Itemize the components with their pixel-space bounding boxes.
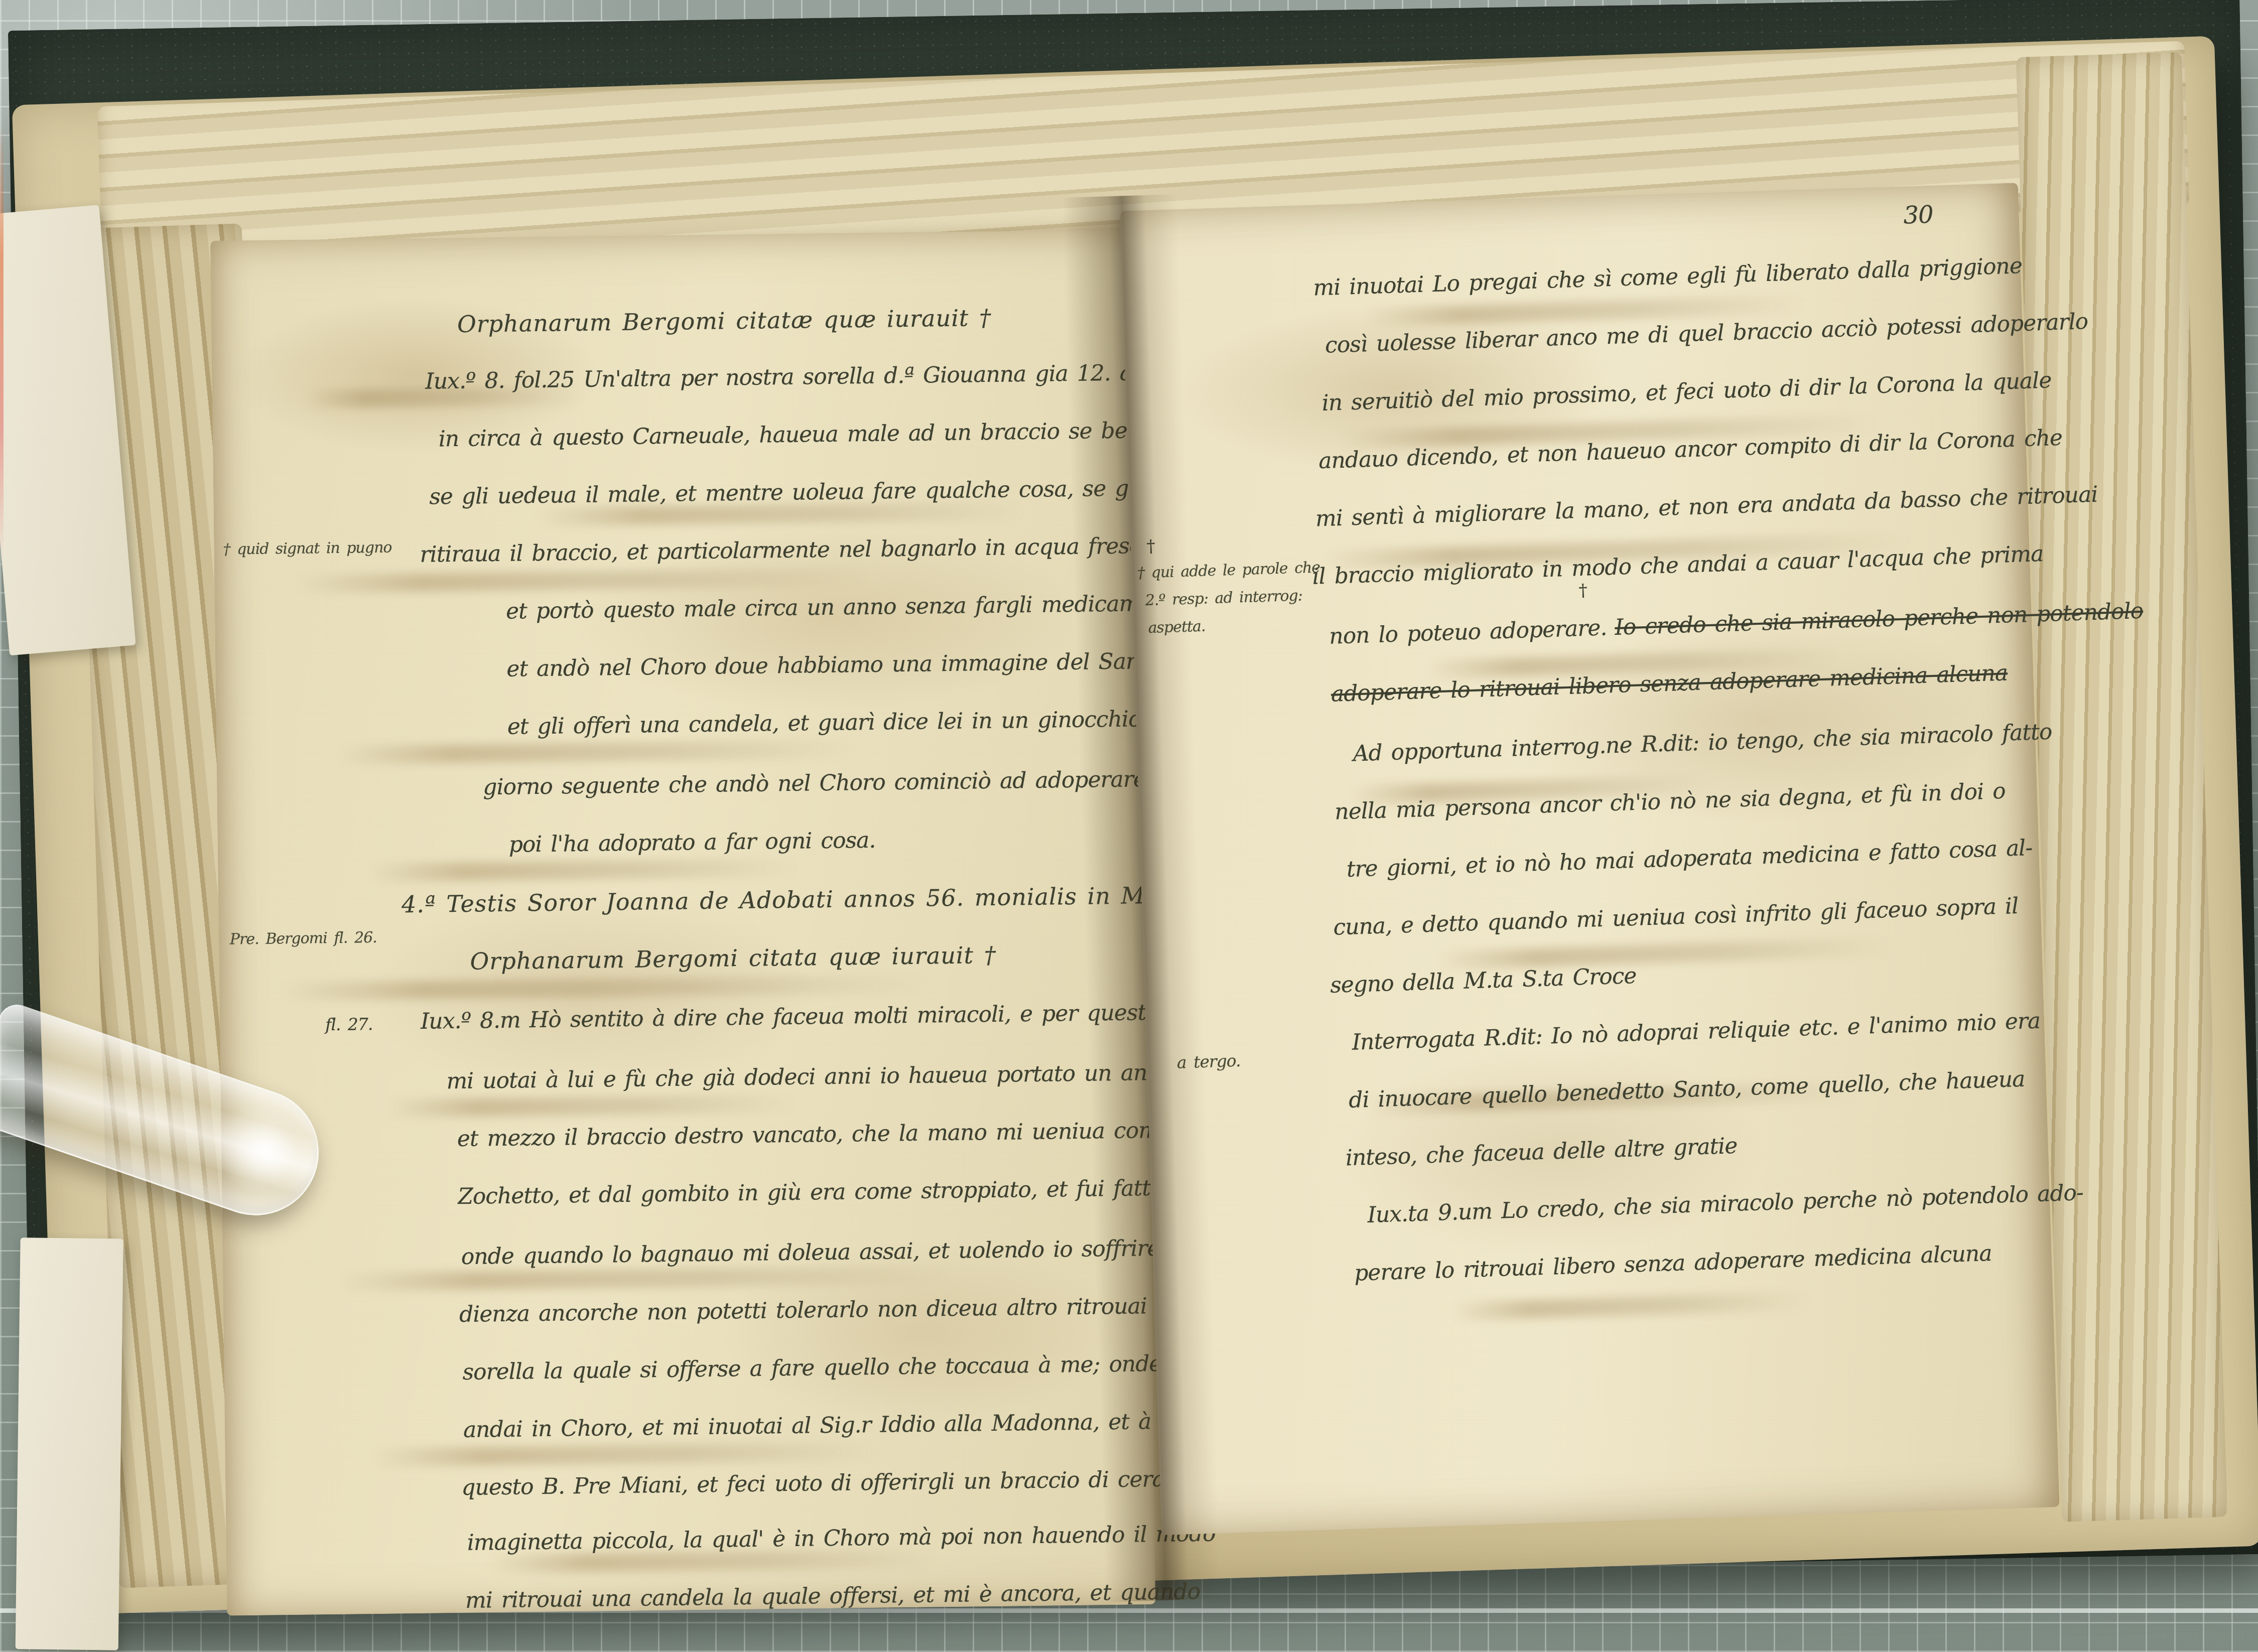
text-line: sorella la quale si offerse a fare quell… <box>462 1350 1190 1385</box>
text-line: in circa à questo Carneuale, haueua male… <box>439 417 1203 452</box>
text-line: Interrogata R.dit: Io nò adoprai reliqui… <box>1352 1008 2041 1055</box>
text-line: mi inuotai Lo pregai che sì come egli fù… <box>1313 253 2023 301</box>
text-line: tre giorni, et io nò ho mai adoperata me… <box>1346 835 2033 882</box>
text-line: Iux.º 8.m Hò sentito à dire che faceua m… <box>421 999 1187 1034</box>
text-line: se gli uedeua il male, et mentre uoleua … <box>429 475 1142 509</box>
text-line: et mezzo il braccio destro vancato, che … <box>457 1117 1208 1152</box>
folio-note: fl. 27. <box>325 1014 373 1034</box>
left-page: Orphanarum Bergomi citatæ quæ iurauit † … <box>210 229 1155 1615</box>
text-line: onde quando lo bagnauo mi doleua assai, … <box>461 1234 1227 1270</box>
bleedthrough-smudge <box>337 740 859 764</box>
cancelled-text-line: non lo poteuo adoperare.Io credo che sia… <box>1329 598 2144 649</box>
loose-sheet <box>16 1237 123 1650</box>
insertion-caret-icon: † <box>1578 581 1587 601</box>
text-line: et gli offerì una candela, et guarì dice… <box>507 706 1185 739</box>
witness-heading: 4.ª Testis Soror Joanna de Adobati annos… <box>402 880 1260 918</box>
text-line: di inuocare quello benedetto Santo, come… <box>1349 1066 2026 1113</box>
bleedthrough-smudge <box>1434 937 1897 970</box>
text-line: andai in Choro, et mi inuotai al Sig.r I… <box>463 1409 1151 1443</box>
margin-note: † qui adde le parole che <box>1137 559 1320 582</box>
text-line: dienza ancorche non potetti tolerarlo no… <box>459 1292 1238 1327</box>
text-line: poi l'ha adoprato a far ogni cosa. <box>508 828 875 858</box>
margin-note: Pre. Bergomi fl. 26. <box>230 929 377 948</box>
text-line: questo B. Pre Miani, et feci uoto di off… <box>461 1465 1249 1500</box>
bleedthrough-smudge <box>338 1266 951 1291</box>
text-line: Ad opportuna interrog.ne R.dit: io tengo… <box>1353 719 2052 767</box>
right-page: 30 mi inuotai Lo pregai che sì come egli… <box>1120 183 2060 1535</box>
text-line: Iux.º 8. fol.25 Un'altra per nostra sore… <box>425 360 1166 394</box>
text-line: mi sentì à migliorare la mano, et non er… <box>1315 482 2098 532</box>
text-line: imaginetta piccola, la qual' è in Choro … <box>467 1521 1215 1556</box>
manuscript-book: Orphanarum Bergomi citatæ quæ iurauit † … <box>12 36 2258 1615</box>
insertion-caret-icon: † <box>1146 536 1155 557</box>
text-line: segno della M.ta S.ta Croce <box>1330 963 1637 998</box>
bleedthrough-smudge <box>280 975 932 1001</box>
latin-heading: Orphanarum Bergomi citatæ quæ iurauit † <box>457 304 992 338</box>
text-line: mi uotai à lui e fù che già dodeci anni … <box>446 1060 1173 1094</box>
text-line: perare lo ritrouai libero senza adoperar… <box>1354 1241 1992 1286</box>
text-line: Iux.ta 9.um Lo credo, che sia miracolo p… <box>1367 1180 2084 1228</box>
margin-note: † quid signat in pugno <box>223 539 391 559</box>
bleedthrough-smudge <box>368 859 800 882</box>
text-line: ritiraua il braccio, et particolarmente … <box>420 533 1154 568</box>
bleedthrough-smudge <box>370 1442 882 1466</box>
text-line: Zochetto, et dal gombito in giù era come… <box>458 1174 1265 1209</box>
bleedthrough-smudge <box>1450 1291 1812 1321</box>
margin-note: a tergo. <box>1176 1051 1241 1072</box>
bleedthrough-smudge <box>386 1094 798 1118</box>
bleedthrough-smudge <box>295 568 872 593</box>
latin-heading: Orphanarum Bergomi citata quæ iurauit † <box>470 941 996 975</box>
text-line: in seruitiò del mio prossimo, et feci uo… <box>1321 367 2052 416</box>
margin-note: aspetta. <box>1148 618 1206 637</box>
manuscript-photo: { "palette": { "grid_board": "#8d9a92", … <box>0 0 2258 1652</box>
page-number: 30 <box>1903 201 1934 230</box>
text-line: cuna, e detto quando mi ueniua così infr… <box>1333 893 2019 940</box>
scan-color-fringe <box>0 125 4 557</box>
text-segment: non lo poteuo adoperare. <box>1329 615 1608 649</box>
margin-note: 2.º resp: ad interrog: <box>1145 587 1302 609</box>
text-line: inteso, che faceua delle altre gratie <box>1345 1133 1738 1171</box>
